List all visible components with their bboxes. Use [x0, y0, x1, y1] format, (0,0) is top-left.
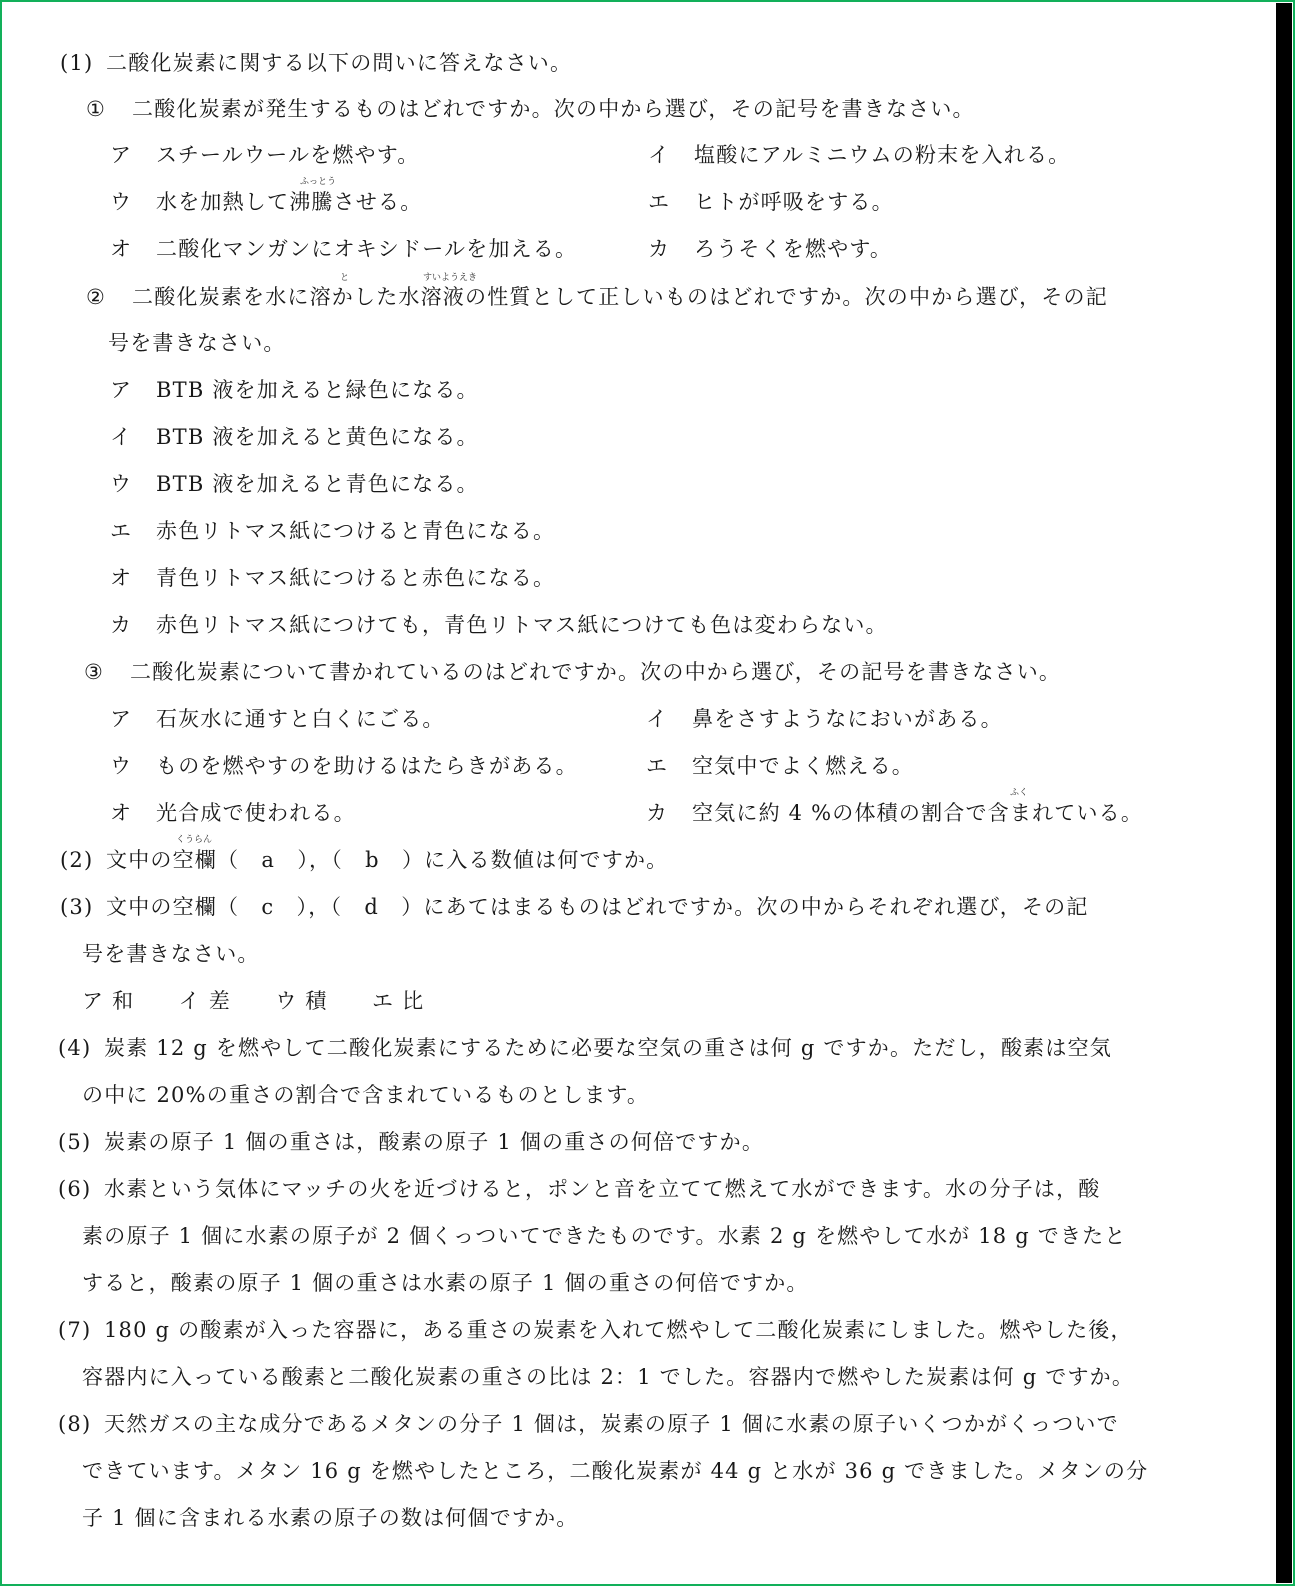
question-7-continued: 容器内に入っている酸素と二酸化炭素の重さの比は 2：1 でした。容器内で燃やした…: [82, 1364, 1134, 1390]
option-item: アBTB 液を加えると緑色になる。: [110, 377, 479, 403]
option-item: エヒトが呼吸をする。: [648, 189, 894, 215]
option-label: ウ: [110, 471, 156, 497]
subquestion-1: ①二酸化炭素が発生するものはどれですか。次の中から選び，その記号を書きなさい。: [86, 96, 975, 122]
option-label: ア: [110, 706, 156, 732]
option-text: 水を加熱して沸騰させる。: [156, 190, 422, 214]
question-7: (7)180 g の酸素が入った容器に，ある重さの炭素を入れて燃やして二酸化炭素…: [58, 1317, 1133, 1343]
option-text: ヒトが呼吸をする。: [694, 190, 894, 214]
subquestion-text: 二酸化炭素について書かれているのはどれですか。次の中から選び，その記号を書きなさ…: [130, 660, 1061, 684]
question-text: 文中の空欄（ a ），（ b ）に入る数値は何ですか。: [106, 848, 668, 872]
furigana: ふっとう: [300, 177, 336, 187]
option-item: イ鼻をさすようなにおいがある。: [646, 706, 1003, 732]
subquestion-2: ②二酸化炭素を水に溶かした水溶液の性質として正しいものはどれですか。次の中から選…: [86, 284, 1108, 310]
worksheet-page: (1)二酸化炭素に関する以下の問いに答えなさい。 ①二酸化炭素が発生するものはど…: [0, 0, 1276, 1586]
question-text: 180 g の酸素が入った容器に，ある重さの炭素を入れて燃やして二酸化炭素にしま…: [104, 1318, 1133, 1342]
subquestion-2-continued: 号を書きなさい。: [108, 330, 286, 356]
option-label: ア: [110, 377, 156, 403]
question-6: (6)水素という気体にマッチの火を近づけると，ポンと音を立てて燃えて水ができます…: [58, 1176, 1100, 1202]
option-text: 青色リトマス紙につけると赤色になる。: [156, 566, 555, 590]
option-text: BTB 液を加えると青色になる。: [156, 472, 479, 496]
furigana: すいようえき: [423, 273, 477, 283]
furigana: くうらん: [176, 835, 212, 845]
question-number: (6): [58, 1176, 104, 1202]
option-text: ものを燃やすのを助けるはたらきがある。: [156, 754, 578, 778]
question-3: (3)文中の空欄（ c ），（ d ）にあてはまるものはどれですか。次の中からそ…: [60, 894, 1089, 920]
question-text: 天然ガスの主な成分であるメタンの分子 1 個は，炭素の原子 1 個に水素の原子い…: [104, 1412, 1119, 1436]
scan-edge-strip: [1276, 3, 1292, 1583]
question-3-continued: 号を書きなさい。: [82, 941, 260, 967]
question-text: 炭素の原子 1 個の重さは，酸素の原子 1 個の重さの何倍ですか。: [104, 1130, 764, 1154]
question-8-continued: できています。メタン 16 g を燃やしたところ，二酸化炭素が 44 g と水が…: [82, 1458, 1148, 1484]
question-6-continued: 素の原子 1 個に水素の原子が 2 個くっついてできたものです。水素 2 g を…: [82, 1223, 1127, 1249]
option-label: ア: [110, 142, 156, 168]
furigana: ふく: [1010, 788, 1028, 798]
option-item: ウBTB 液を加えると青色になる。: [110, 471, 479, 497]
option-text: ろうそくを燃やす。: [694, 237, 892, 261]
question-5: (5)炭素の原子 1 個の重さは，酸素の原子 1 個の重さの何倍ですか。: [58, 1129, 764, 1155]
question-number: (8): [58, 1411, 104, 1437]
option-label: エ: [110, 518, 156, 544]
option-label: エ: [646, 753, 692, 779]
option-item: ウ水を加熱して沸騰させる。: [110, 189, 422, 215]
question-number: (5): [58, 1129, 104, 1155]
furigana: と: [340, 273, 349, 283]
option-label: オ: [110, 565, 156, 591]
option-item: エ空気中でよく燃える。: [646, 753, 914, 779]
question-4: (4)炭素 12 g を燃やして二酸化炭素にするために必要な空気の重さは何 g …: [58, 1035, 1112, 1061]
question-4-continued: の中に 20%の重さの割合で含まれているものとします。: [82, 1082, 649, 1108]
option-text: 光合成で使われる。: [156, 801, 356, 825]
option-item: カ空気に約 4 %の体積の割合で含まれている。: [646, 800, 1143, 826]
option-item: イBTB 液を加えると黄色になる。: [110, 424, 479, 450]
question-number: (7): [58, 1317, 104, 1343]
option-text: 赤色リトマス紙につけると青色になる。: [156, 519, 555, 543]
option-label: オ: [110, 236, 156, 262]
option-text: 石灰水に通すと白くにごる。: [156, 707, 445, 731]
subquestion-number: ③: [84, 659, 130, 685]
question-number: (2): [60, 847, 106, 873]
question-8: (8)天然ガスの主な成分であるメタンの分子 1 個は，炭素の原子 1 個に水素の…: [58, 1411, 1119, 1437]
option-item: エ赤色リトマス紙につけると青色になる。: [110, 518, 555, 544]
option-text: 二酸化マンガンにオキシドールを加える。: [156, 237, 577, 261]
option-item: アスチールウールを燃やす。: [110, 142, 419, 168]
option-label: イ: [648, 142, 694, 168]
option-item: ア石灰水に通すと白くにごる。: [110, 706, 445, 732]
option-item: イ塩酸にアルミニウムの粉末を入れる。: [648, 142, 1070, 168]
question-number: (4): [58, 1035, 104, 1061]
question-text: 二酸化炭素に関する以下の問いに答えなさい。: [106, 51, 572, 75]
option-label: カ: [648, 236, 694, 262]
question-text: 炭素 12 g を燃やして二酸化炭素にするために必要な空気の重さは何 g ですか…: [104, 1036, 1112, 1060]
question-number: (1): [60, 50, 106, 76]
option-text: 塩酸にアルミニウムの粉末を入れる。: [694, 143, 1070, 167]
option-text: BTB 液を加えると緑色になる。: [156, 378, 479, 402]
option-label: カ: [646, 800, 692, 826]
option-label: オ: [110, 800, 156, 826]
question-8-continued: 子 1 個に含まれる水素の原子の数は何個ですか。: [82, 1505, 579, 1531]
option-text: 赤色リトマス紙につけても，青色リトマス紙につけても色は変わらない。: [156, 613, 888, 637]
option-text: 空気中でよく燃える。: [692, 754, 914, 778]
subquestion-text: 二酸化炭素を水に溶かした水溶液の性質として正しいものはどれですか。次の中から選び…: [132, 285, 1108, 309]
question-6-continued: すると，酸素の原子 1 個の重さは水素の原子 1 個の重さの何倍ですか。: [82, 1270, 809, 1296]
subquestion-number: ①: [86, 96, 132, 122]
question-text: 水素という気体にマッチの火を近づけると，ポンと音を立てて燃えて水ができます。水の…: [104, 1177, 1100, 1201]
option-item: カろうそくを燃やす。: [648, 236, 892, 262]
option-label: イ: [646, 706, 692, 732]
option-label: カ: [110, 612, 156, 638]
question-text: 文中の空欄（ c ），（ d ）にあてはまるものはどれですか。次の中からそれぞれ…: [106, 895, 1089, 919]
option-text: 空気に約 4 %の体積の割合で含まれている。: [692, 801, 1143, 825]
option-item: オ青色リトマス紙につけると赤色になる。: [110, 565, 555, 591]
option-text: 鼻をさすようなにおいがある。: [692, 707, 1003, 731]
option-text: BTB 液を加えると黄色になる。: [156, 425, 479, 449]
subquestion-number: ②: [86, 284, 132, 310]
option-item: オ光合成で使われる。: [110, 800, 356, 826]
option-item: カ赤色リトマス紙につけても，青色リトマス紙につけても色は変わらない。: [110, 612, 888, 638]
question-1-header: (1)二酸化炭素に関する以下の問いに答えなさい。: [60, 50, 572, 76]
question-3-choices: ア 和 イ 差 ウ 積 エ 比: [82, 988, 424, 1014]
question-number: (3): [60, 894, 106, 920]
option-label: ウ: [110, 189, 156, 215]
option-text: スチールウールを燃やす。: [156, 143, 419, 167]
option-item: オ二酸化マンガンにオキシドールを加える。: [110, 236, 577, 262]
question-2: (2)文中の空欄（ a ），（ b ）に入る数値は何ですか。: [60, 847, 668, 873]
subquestion-3: ③二酸化炭素について書かれているのはどれですか。次の中から選び，その記号を書きな…: [84, 659, 1061, 685]
option-label: エ: [648, 189, 694, 215]
option-label: イ: [110, 424, 156, 450]
option-label: ウ: [110, 753, 156, 779]
option-item: ウものを燃やすのを助けるはたらきがある。: [110, 753, 578, 779]
subquestion-text: 二酸化炭素が発生するものはどれですか。次の中から選び，その記号を書きなさい。: [132, 97, 975, 121]
